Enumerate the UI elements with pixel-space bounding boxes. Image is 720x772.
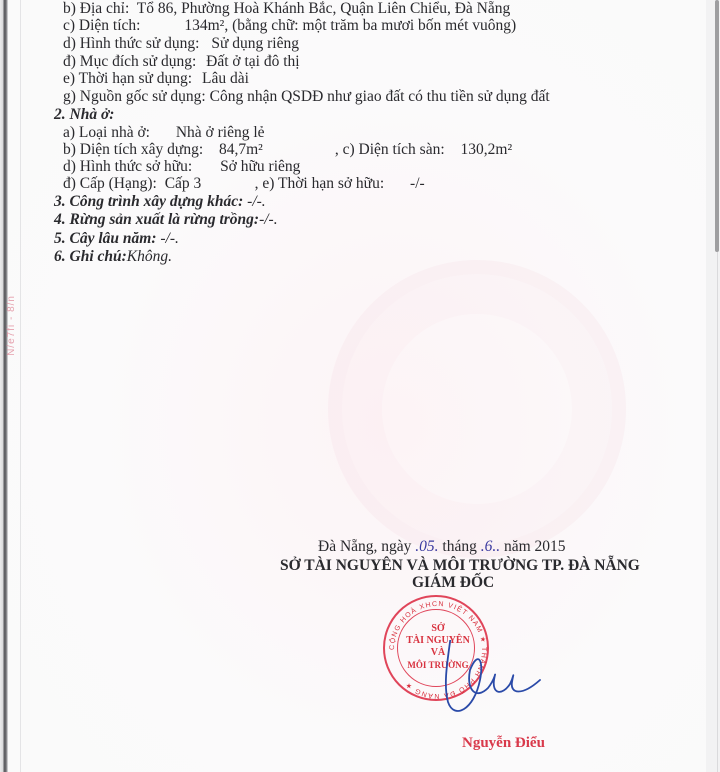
land-origin-value: Công nhận QSDĐ như giao đất có thu tiền … — [210, 88, 550, 105]
scrollbar[interactable] — [706, 0, 720, 772]
land-use-form-value: Sử dụng riêng — [211, 35, 299, 52]
land-use-form-label: d) Hình thức sử dụng: — [63, 35, 200, 52]
issuing-agency: SỞ TÀI NGUYÊN VÀ MÔI TRƯỜNG TP. ĐÀ NẴNG — [280, 557, 640, 575]
date-day: .05. — [415, 538, 438, 555]
perennial-row: 5. Cây lâu năm: -/-. — [54, 230, 179, 248]
handwritten-signature — [440, 640, 560, 720]
house-grade-label: đ) Cấp (Hạng): — [63, 175, 157, 192]
house-heading: 2. Nhà ở: — [54, 106, 114, 124]
house-type-row: a) Loại nhà ở: Nhà ở riêng lẻ — [63, 124, 265, 142]
signer-title: GIÁM ĐỐC — [412, 574, 494, 592]
land-origin-row: g) Nguồn gốc sử dụng: Công nhận QSDĐ như… — [63, 88, 550, 106]
land-use-form-row: d) Hình thức sử dụng: Sử dụng riêng — [63, 35, 299, 53]
house-floor-area-label: , c) Diện tích sàn: — [335, 141, 445, 158]
house-grade-row: đ) Cấp (Hạng): Cấp 3 , e) Thời hạn sở hữ… — [63, 175, 425, 193]
date-month-label: tháng — [442, 538, 476, 555]
margin-handwritten-note: N/e7fi - 8/n — [6, 295, 17, 356]
forest-row: 4. Rừng sản xuất là rừng trồng:-/-. — [54, 211, 278, 229]
land-purpose-label: đ) Mục đích sử dụng: — [63, 53, 196, 70]
land-origin-label: g) Nguồn gốc sử dụng: — [63, 88, 206, 105]
forest-label: 4. Rừng sản xuất là rừng trồng: — [54, 211, 259, 228]
other-construction-value: -/-. — [247, 193, 266, 210]
house-area-row: b) Diện tích xây dựng: 84,7m² , c) Diện … — [63, 141, 512, 159]
perennial-label: 5. Cây lâu năm: — [54, 230, 156, 247]
house-ownership-row: d) Hình thức sở hữu: Sở hữu riêng — [63, 158, 300, 176]
house-built-area-value: 84,7m² — [219, 141, 329, 159]
note-row: 6. Ghi chú:Không. — [54, 248, 172, 266]
date-prefix: Đà Nẵng, ngày — [318, 538, 411, 555]
page-border-line — [20, 0, 21, 772]
scrollbar-thumb[interactable] — [715, 0, 719, 252]
house-ownership-label: d) Hình thức sở hữu: — [63, 158, 192, 175]
land-area-value: 134m², (bằng chữ: một trăm ba mươi bốn m… — [184, 17, 516, 34]
house-floor-area-value: 130,2m² — [461, 141, 513, 158]
signer-name: Nguyễn Điểu — [462, 735, 545, 752]
scrollbar-track — [717, 252, 718, 772]
land-purpose-value: Đất ở tại đô thị — [206, 53, 299, 70]
forest-value: -/-. — [259, 211, 278, 228]
land-term-value: Lâu dài — [202, 70, 249, 87]
land-purpose-row: đ) Mục đích sử dụng: Đất ở tại đô thị — [63, 53, 300, 71]
other-construction-label: 3. Công trình xây dựng khác: — [54, 193, 243, 210]
land-area-label: c) Diện tích: — [63, 17, 140, 34]
house-grade-value: Cấp 3 — [165, 175, 251, 193]
house-own-term-value: -/- — [410, 175, 425, 192]
stamp-line-1: SỞ — [385, 623, 491, 635]
date-month: .6.. — [481, 538, 500, 555]
note-value: Không. — [127, 248, 172, 265]
house-own-term-label: , e) Thời hạn sở hữu: — [255, 175, 385, 192]
land-term-row: e) Thời hạn sử dụng: Lâu dài — [63, 70, 249, 88]
land-address-value: Tổ 86, Phường Hoà Khánh Bắc, Quận Liên C… — [137, 0, 510, 17]
house-type-value: Nhà ở riêng lẻ — [176, 124, 265, 141]
date-year: năm 2015 — [504, 538, 566, 555]
land-area-row: c) Diện tích: 134m², (bằng chữ: một trăm… — [63, 17, 516, 35]
issue-date: Đà Nẵng, ngày .05. tháng .6.. năm 2015 — [318, 538, 566, 556]
house-type-label: a) Loại nhà ở: — [63, 124, 150, 141]
watermark-emblem — [328, 260, 626, 558]
scan-left-edge — [0, 0, 8, 772]
land-address-label: b) Địa chỉ: — [63, 0, 129, 17]
house-ownership-value: Sở hữu riêng — [220, 158, 300, 175]
house-built-area-label: b) Diện tích xây dựng: — [63, 141, 203, 158]
perennial-value: -/-. — [160, 230, 179, 247]
note-label: 6. Ghi chú: — [54, 248, 127, 265]
land-address-row: b) Địa chỉ: Tổ 86, Phường Hoà Khánh Bắc,… — [63, 0, 510, 18]
land-term-label: e) Thời hạn sử dụng: — [63, 70, 192, 87]
other-construction-row: 3. Công trình xây dựng khác: -/-. — [54, 193, 266, 211]
